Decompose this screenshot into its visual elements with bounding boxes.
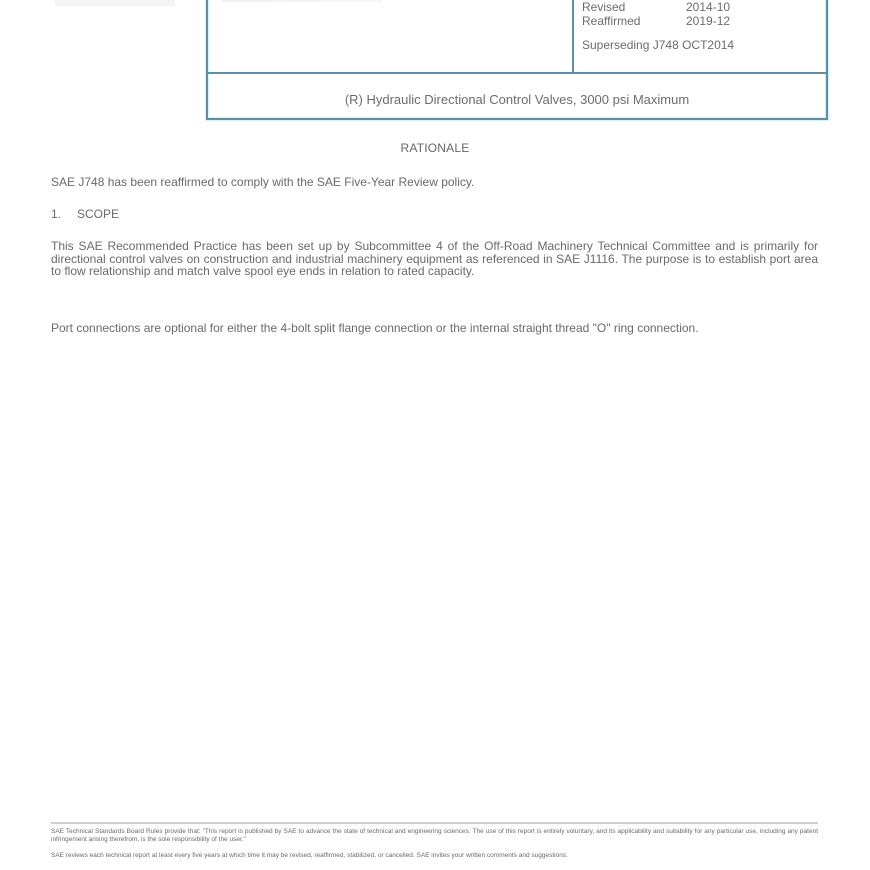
meta-row-reaffirmed: Reaffirmed 2019-12 [582, 14, 734, 28]
footer-review-notice: SAE reviews each technical report at lea… [51, 852, 818, 860]
header-top-section: Revised 2014-10 Reaffirmed 2019-12 Super… [208, 0, 826, 74]
header-divider [572, 0, 574, 74]
rationale-heading: RATIONALE [0, 141, 870, 155]
header-frame: Revised 2014-10 Reaffirmed 2019-12 Super… [206, 0, 828, 120]
section-number: 1. [51, 207, 77, 221]
superseding-note: Superseding J748 OCT2014 [582, 38, 734, 52]
footer-notice: SAE Technical Standards Board Rules prov… [51, 828, 818, 843]
header-cut-text [222, 0, 382, 2]
footer-divider [51, 822, 818, 824]
section-heading-scope: 1. SCOPE [51, 207, 119, 221]
section-title: SCOPE [77, 207, 119, 221]
meta-value: 2014-10 [686, 0, 730, 14]
logo-area [55, 0, 175, 6]
meta-row-revised: Revised 2014-10 [582, 0, 734, 14]
document-title: (R) Hydraulic Directional Control Valves… [208, 74, 826, 120]
document-meta: Revised 2014-10 Reaffirmed 2019-12 Super… [582, 0, 734, 52]
scope-paragraph: This SAE Recommended Practice has been s… [51, 240, 818, 278]
document-page: Revised 2014-10 Reaffirmed 2019-12 Super… [0, 0, 870, 870]
port-connections-paragraph: Port connections are optional for either… [51, 322, 818, 335]
meta-label: Reaffirmed [582, 14, 686, 28]
rationale-text: SAE J748 has been reaffirmed to comply w… [51, 176, 818, 189]
meta-label: Revised [582, 0, 686, 14]
meta-value: 2019-12 [686, 14, 730, 28]
